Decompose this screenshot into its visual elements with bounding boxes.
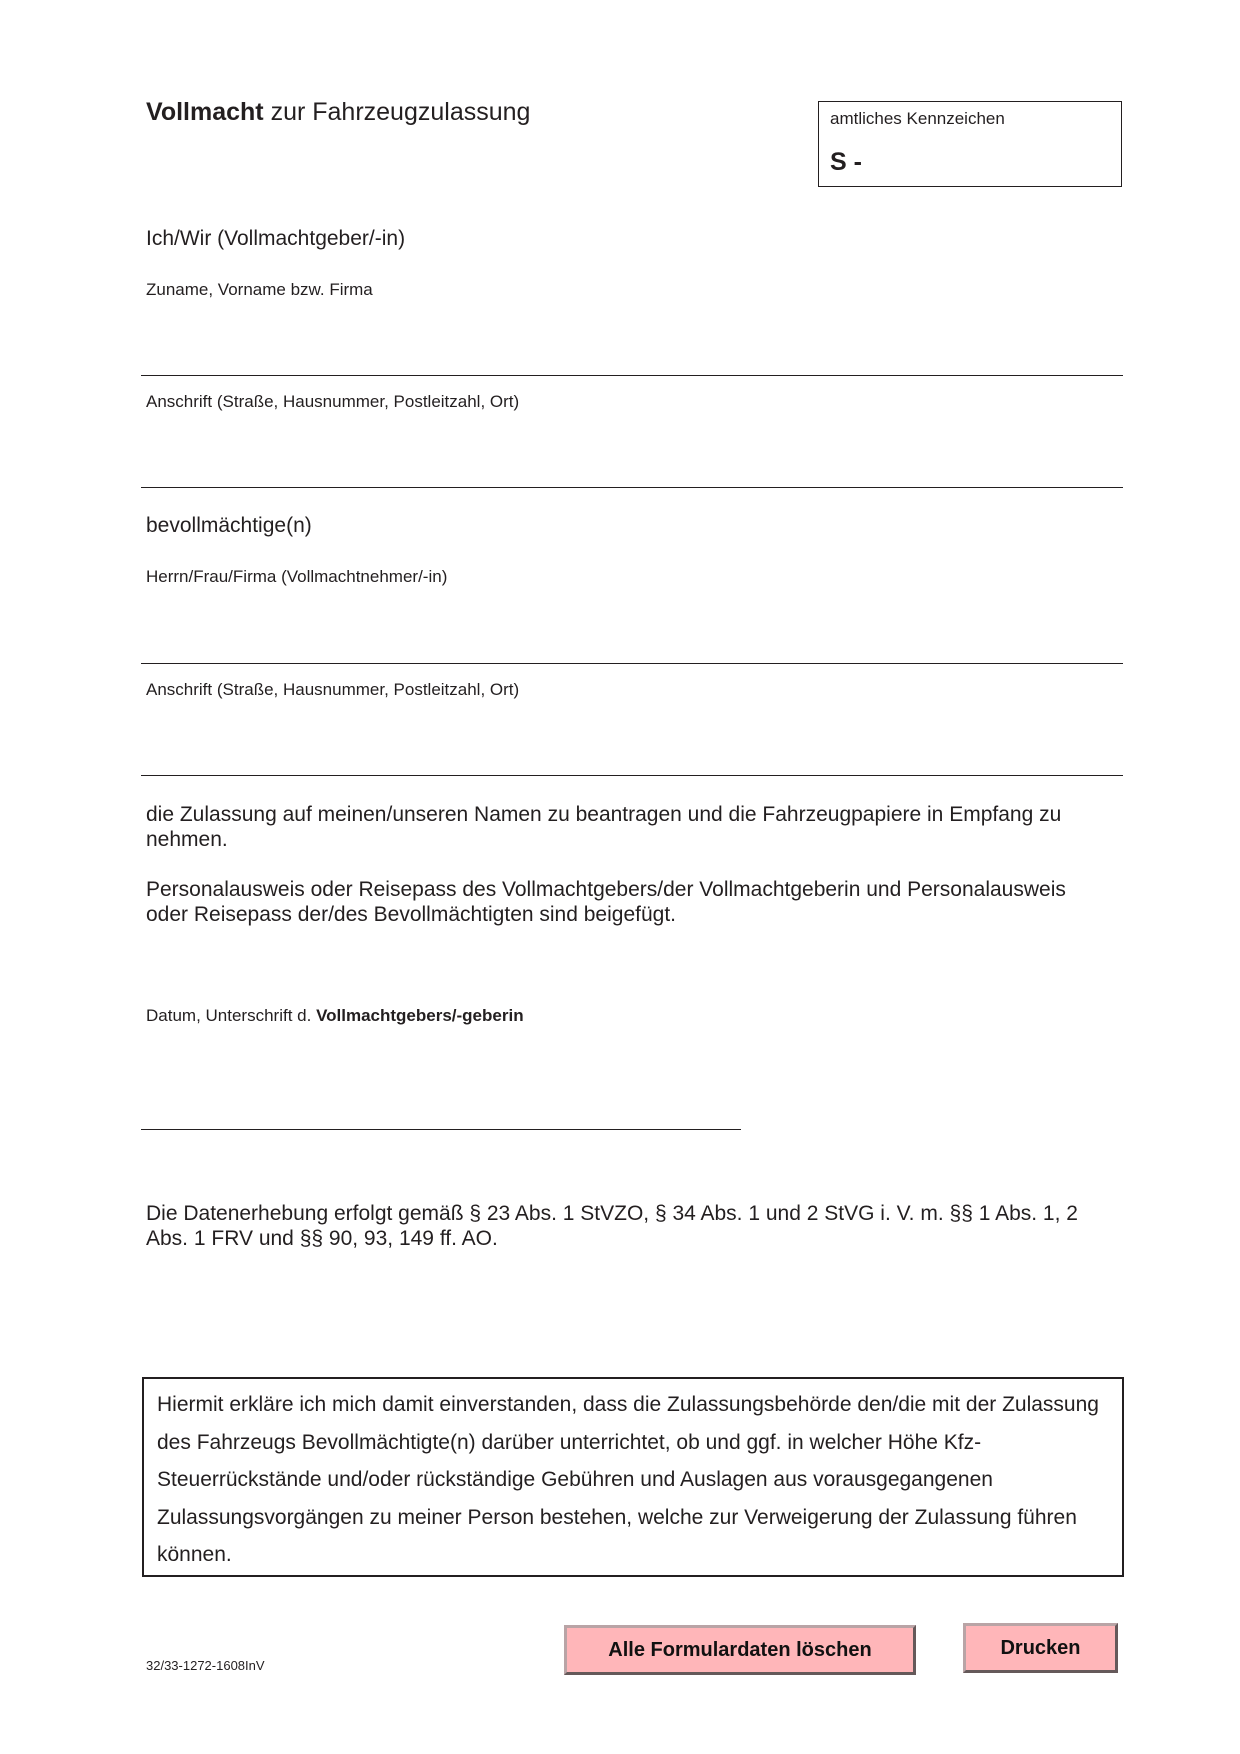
legal-note: Die Datenerhebung erfolgt gemäß § 23 Abs…: [146, 1201, 1106, 1251]
grantor-address-input[interactable]: [141, 444, 1123, 488]
grantor-address-label: Anschrift (Straße, Hausnummer, Postleitz…: [146, 392, 519, 412]
title-rest: zur Fahrzeugzulassung: [264, 98, 531, 126]
clear-form-button[interactable]: Alle Formulardaten löschen: [564, 1625, 916, 1675]
form-code: 32/33-1272-1608InV: [146, 1658, 265, 1673]
grantor-heading: Ich/Wir (Vollmachtgeber/-in): [146, 227, 405, 251]
title-bold: Vollmacht: [146, 98, 264, 126]
document-title: Vollmacht zur Fahrzeugzulassung: [146, 98, 530, 127]
id-documents-paragraph: Personalausweis oder Reisepass des Vollm…: [146, 877, 1106, 927]
authorization-paragraph: die Zulassung auf meinen/unseren Namen z…: [146, 802, 1106, 852]
signature-field[interactable]: [141, 1082, 741, 1130]
signature-label-regular: Datum, Unterschrift d.: [146, 1006, 316, 1025]
grantee-address-label: Anschrift (Straße, Hausnummer, Postleitz…: [146, 680, 519, 700]
grantee-address-input[interactable]: [141, 732, 1123, 776]
signature-label-bold: Vollmachtgebers/-geberin: [316, 1006, 524, 1025]
consent-box: Hiermit erkläre ich mich damit einversta…: [142, 1377, 1124, 1577]
signature-label: Datum, Unterschrift d. Vollmachtgebers/-…: [146, 1006, 524, 1026]
grantee-name-label: Herrn/Frau/Firma (Vollmachtnehmer/-in): [146, 567, 447, 587]
grantee-heading: bevollmächtige(n): [146, 514, 312, 538]
license-plate-value[interactable]: S -: [830, 148, 862, 177]
license-plate-label: amtliches Kennzeichen: [830, 109, 1005, 129]
license-plate-box[interactable]: amtliches Kennzeichen S -: [818, 101, 1122, 187]
grantor-name-input[interactable]: [141, 332, 1123, 376]
grantee-name-input[interactable]: [141, 620, 1123, 664]
grantor-name-label: Zuname, Vorname bzw. Firma: [146, 280, 373, 300]
print-button[interactable]: Drucken: [963, 1623, 1118, 1673]
